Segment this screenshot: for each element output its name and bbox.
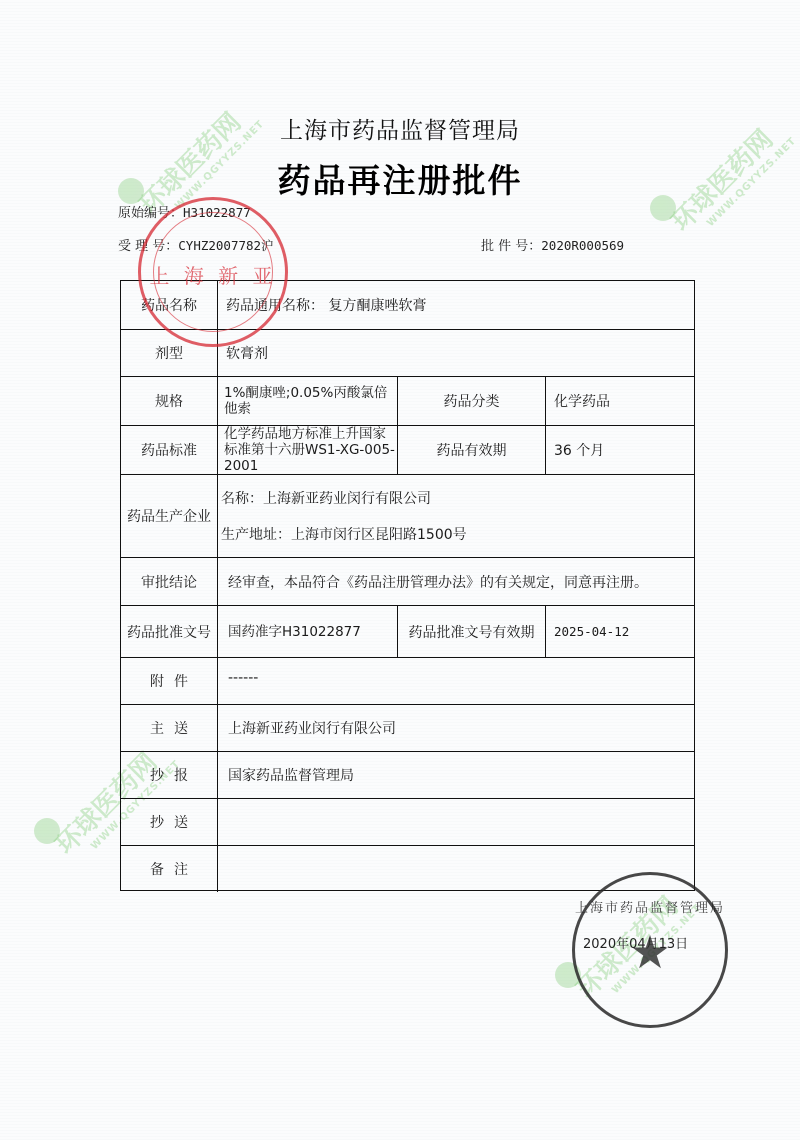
row-standard: 药品标准 化学药品地方标准上升国家标准第十六册WS1-XG-005-2001 药… <box>121 425 694 474</box>
row-drug-name: 药品名称 药品通用名称： 复方酮康唑软膏 <box>121 281 694 329</box>
label-copy-to: 抄送 <box>121 799 218 845</box>
manufacturer-name: 名称：上海新亚药业闵行有限公司 <box>221 488 467 508</box>
label-spec: 规格 <box>121 377 218 425</box>
label-approval-doc: 药品批准文号 <box>121 606 218 657</box>
label-conclusion: 审批结论 <box>121 558 218 605</box>
value-copy-to <box>218 799 694 845</box>
label-attachment: 附件 <box>121 658 218 704</box>
label-remarks: 备注 <box>121 846 218 892</box>
approval-number-label: 批 件 号： <box>481 239 541 254</box>
value-approval-doc-validity: 2025-04-12 <box>546 606 694 657</box>
value-standard: 化学药品地方标准上升国家标准第十六册WS1-XG-005-2001 <box>218 426 398 474</box>
approval-number: 批 件 号：2020R000569 <box>481 235 624 254</box>
value-manufacturer: 名称：上海新亚药业闵行有限公司 生产地址：上海市闵行区昆阳路1500号 <box>218 475 694 557</box>
row-manufacturer: 药品生产企业 名称：上海新亚药业闵行有限公司 生产地址：上海市闵行区昆阳路150… <box>121 474 694 557</box>
value-approval-doc: 国药准字H31022877 <box>218 606 398 657</box>
value-drug-category: 化学药品 <box>546 377 694 425</box>
row-conclusion: 审批结论 经审查，本品符合《药品注册管理办法》的有关规定，同意再注册。 <box>121 557 694 605</box>
row-copy-to: 抄送 <box>121 798 694 845</box>
acceptance-number: 受 理 号：CYHZ2007782沪 <box>118 235 274 254</box>
label-drug-category: 药品分类 <box>398 377 546 425</box>
row-dosage-form: 剂型 软膏剂 <box>121 329 694 376</box>
value-spec: 1%酮康唑;0.05%丙酸氯倍他索 <box>218 377 398 425</box>
original-number-value: H31022877 <box>183 205 251 220</box>
watermark-globe-icon <box>555 962 581 988</box>
approval-table: 药品名称 药品通用名称： 复方酮康唑软膏 剂型 软膏剂 规格 1%酮康唑;0.0… <box>120 280 695 891</box>
label-approval-doc-validity: 药品批准文号有效期 <box>398 606 546 657</box>
row-remarks: 备注 <box>121 845 694 892</box>
watermark-globe-icon <box>34 818 60 844</box>
manufacturer-address: 生产地址：上海市闵行区昆阳路1500号 <box>221 524 467 544</box>
row-approval-doc: 药品批准文号 国药准字H31022877 药品批准文号有效期 2025-04-1… <box>121 605 694 657</box>
row-spec: 规格 1%酮康唑;0.05%丙酸氯倍他索 药品分类 化学药品 <box>121 376 694 425</box>
acceptance-number-label: 受 理 号： <box>118 239 178 254</box>
value-dosage-form: 软膏剂 <box>218 330 694 376</box>
value-report-to: 国家药品监督管理局 <box>218 752 694 798</box>
value-conclusion: 经审查，本品符合《药品注册管理办法》的有关规定，同意再注册。 <box>218 558 694 605</box>
value-attachment: ------ <box>218 658 694 704</box>
label-dosage-form: 剂型 <box>121 330 218 376</box>
document-title: 药品再注册批件 <box>0 155 800 202</box>
value-remarks <box>218 846 694 892</box>
issue-date: 2020年04月13日 <box>583 933 688 952</box>
label-validity: 药品有效期 <box>398 426 546 474</box>
original-number: 原始编号：H31022877 <box>118 202 251 221</box>
acceptance-number-value: CYHZ2007782沪 <box>178 238 273 253</box>
label-manufacturer: 药品生产企业 <box>121 475 218 557</box>
value-drug-name: 药品通用名称： 复方酮康唑软膏 <box>218 281 694 329</box>
row-attachment: 附件 ------ <box>121 657 694 704</box>
value-validity: 36 个月 <box>546 426 694 474</box>
original-number-label: 原始编号： <box>118 206 183 221</box>
label-standard: 药品标准 <box>121 426 218 474</box>
label-drug-name: 药品名称 <box>121 281 218 329</box>
issuing-agency: 上海市药品监督管理局 <box>0 112 800 145</box>
label-report-to: 抄报 <box>121 752 218 798</box>
approval-number-value: 2020R000569 <box>541 238 624 253</box>
agency-seal-text: 上海市药品监督管理局 <box>575 897 725 916</box>
row-report-to: 抄报 国家药品监督管理局 <box>121 751 694 798</box>
value-main-recipient: 上海新亚药业闵行有限公司 <box>218 705 694 751</box>
row-main-recipient: 主送 上海新亚药业闵行有限公司 <box>121 704 694 751</box>
label-main-recipient: 主送 <box>121 705 218 751</box>
